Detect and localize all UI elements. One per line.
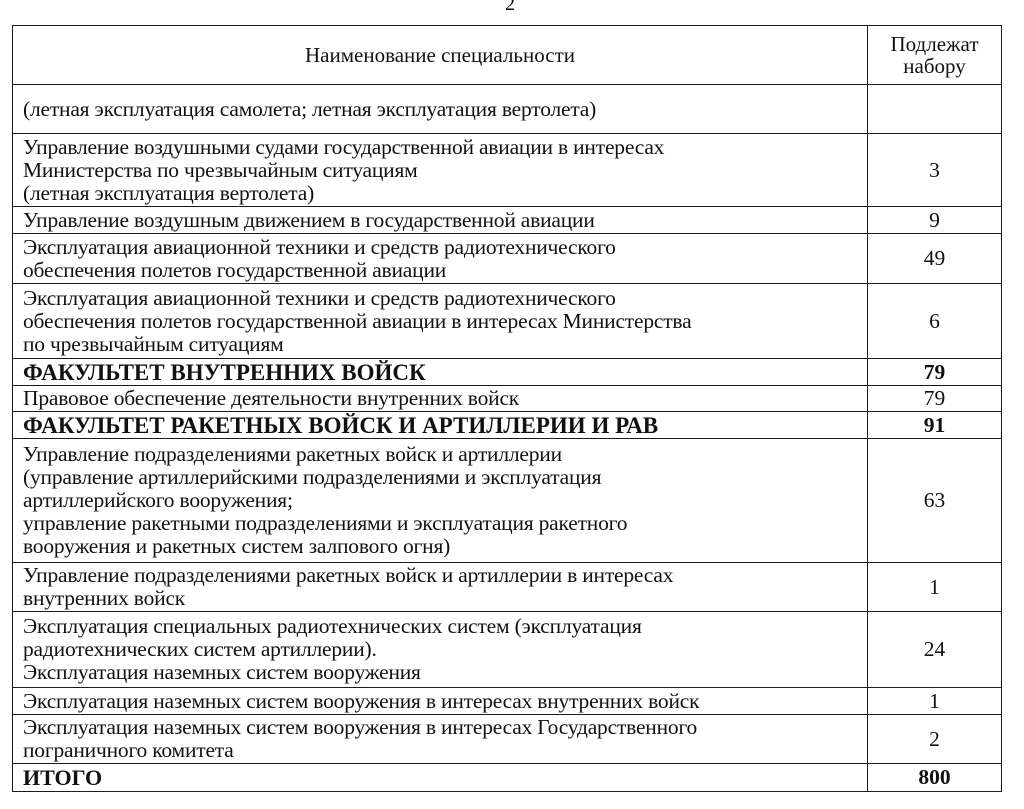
enrollment-count-cell: 1 [868,688,1002,715]
header-enrollment-count: Подлежат набору [868,26,1002,85]
specialty-name-cell: ИТОГО [13,764,868,792]
specialty-name-cell: Управление воздушными судами государстве… [13,134,868,207]
enrollment-count-cell: 2 [868,715,1002,764]
table-row: Правовое обеспечение деятельности внутре… [13,386,1002,412]
specialty-name-cell: Эксплуатация наземных систем вооружения … [13,688,868,715]
specialty-name-cell: Эксплуатация наземных систем вооружения … [13,715,868,764]
table-row: Эксплуатация специальных радиотехнически… [13,612,1002,688]
enrollment-count-cell [868,85,1002,134]
enrollment-count-cell: 9 [868,207,1002,234]
enrollment-count-cell: 3 [868,134,1002,207]
enrollment-count-cell: 24 [868,612,1002,688]
specialty-name-cell: Эксплуатация авиационной техники и средс… [13,284,868,359]
specialty-name-cell: Правовое обеспечение деятельности внутре… [13,386,868,412]
enrollment-count-cell: 63 [868,439,1002,563]
specialty-enrollment-table: Наименование специальности Подлежат набо… [12,25,1002,792]
table-row: Эксплуатация наземных систем вооружения … [13,715,1002,764]
table-row: (летная эксплуатация самолета; летная эк… [13,85,1002,134]
table-row: Управление подразделениями ракетных войс… [13,439,1002,563]
table-body: (летная эксплуатация самолета; летная эк… [13,85,1002,792]
enrollment-count-cell: 91 [868,412,1002,439]
table-header-row: Наименование специальности Подлежат набо… [13,26,1002,85]
total-row: ИТОГО800 [13,764,1002,792]
specialty-name-cell: Эксплуатация авиационной техники и средс… [13,234,868,284]
enrollment-count-cell: 49 [868,234,1002,284]
table-row: Управление подразделениями ракетных войс… [13,563,1002,612]
specialty-name-cell: Управление подразделениями ракетных войс… [13,563,868,612]
enrollment-count-cell: 79 [868,386,1002,412]
specialty-name-cell: ФАКУЛЬТЕТ ВНУТРЕННИХ ВОЙСК [13,359,868,386]
table-row: Управление воздушными судами государстве… [13,134,1002,207]
enrollment-count-cell: 6 [868,284,1002,359]
enrollment-count-cell: 79 [868,359,1002,386]
header-specialty-name: Наименование специальности [13,26,868,85]
specialty-name-cell: Управление воздушным движением в государ… [13,207,868,234]
table-row: Управление воздушным движением в государ… [13,207,1002,234]
specialty-name-cell: Эксплуатация специальных радиотехнически… [13,612,868,688]
faculty-row: ФАКУЛЬТЕТ ВНУТРЕННИХ ВОЙСК79 [13,359,1002,386]
table-row: Эксплуатация авиационной техники и средс… [13,284,1002,359]
page-number: 2 [505,0,515,14]
table-row: Эксплуатация наземных систем вооружения … [13,688,1002,715]
specialty-name-cell: (летная эксплуатация самолета; летная эк… [13,85,868,134]
faculty-row: ФАКУЛЬТЕТ РАКЕТНЫХ ВОЙСК И АРТИЛЛЕРИИ И … [13,412,1002,439]
specialty-name-cell: ФАКУЛЬТЕТ РАКЕТНЫХ ВОЙСК И АРТИЛЛЕРИИ И … [13,412,868,439]
specialty-name-cell: Управление подразделениями ракетных войс… [13,439,868,563]
enrollment-count-cell: 800 [868,764,1002,792]
enrollment-count-cell: 1 [868,563,1002,612]
table-row: Эксплуатация авиационной техники и средс… [13,234,1002,284]
